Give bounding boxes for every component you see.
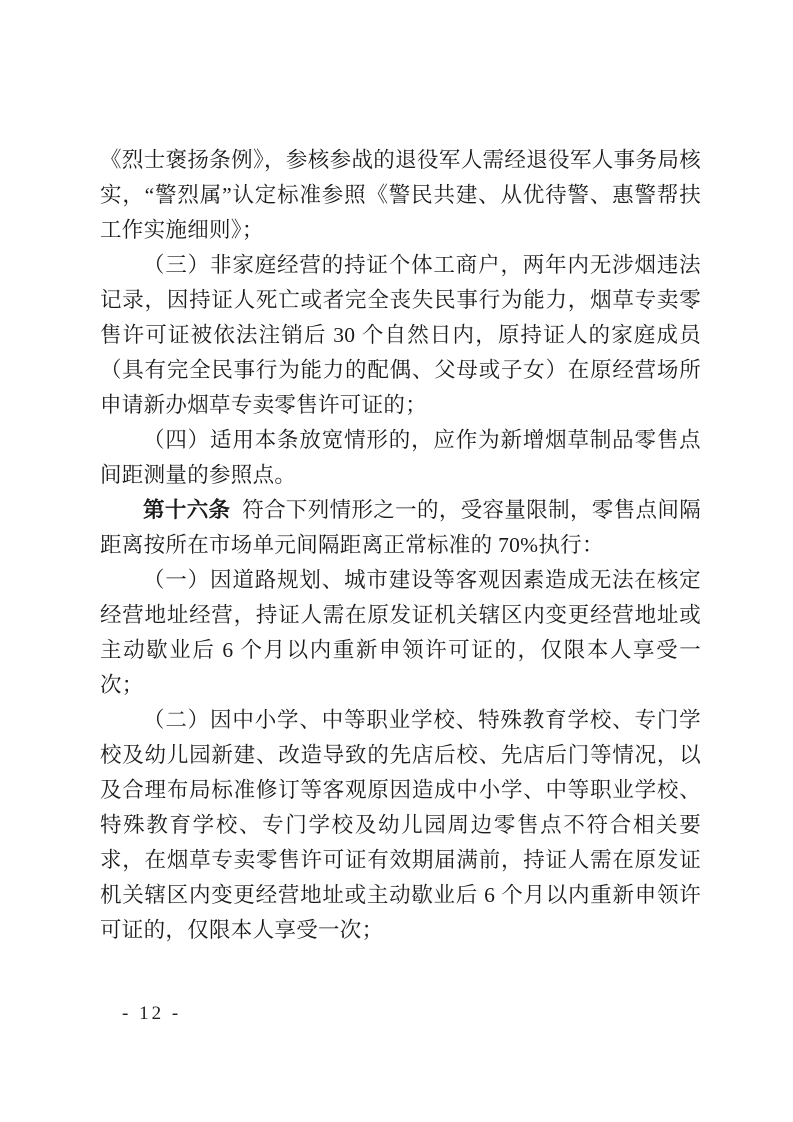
document-page: 《烈士褒扬条例》，参核参战的退役军人需经退役军人事务局核实，“警烈属”认定标准参…: [0, 0, 793, 1122]
paragraph: （三）非家庭经营的持证个体工商户，两年内无涉烟违法记录，因持证人死亡或者完全丧失…: [100, 248, 701, 423]
article-paragraph: 第十六条符合下列情形之一的，受容量限制，零售点间隔距离按所在市场单元间隔距离正常…: [100, 493, 701, 563]
document-body: 《烈士褒扬条例》，参核参战的退役军人需经退役军人事务局核实，“警烈属”认定标准参…: [100, 143, 701, 948]
page-number: - 12 -: [122, 1003, 181, 1025]
paragraph: （四）适用本条放宽情形的，应作为新增烟草制品零售点间距测量的参照点。: [100, 423, 701, 493]
paragraph: （一）因道路规划、城市建设等客观因素造成无法在核定经营地址经营，持证人需在原发证…: [100, 563, 701, 703]
paragraph: （二）因中小学、中等职业学校、特殊教育学校、专门学校及幼儿园新建、改造导致的先店…: [100, 703, 701, 948]
paragraph: 《烈士褒扬条例》，参核参战的退役军人需经退役军人事务局核实，“警烈属”认定标准参…: [100, 143, 701, 248]
article-number-heading: 第十六条: [143, 498, 230, 522]
